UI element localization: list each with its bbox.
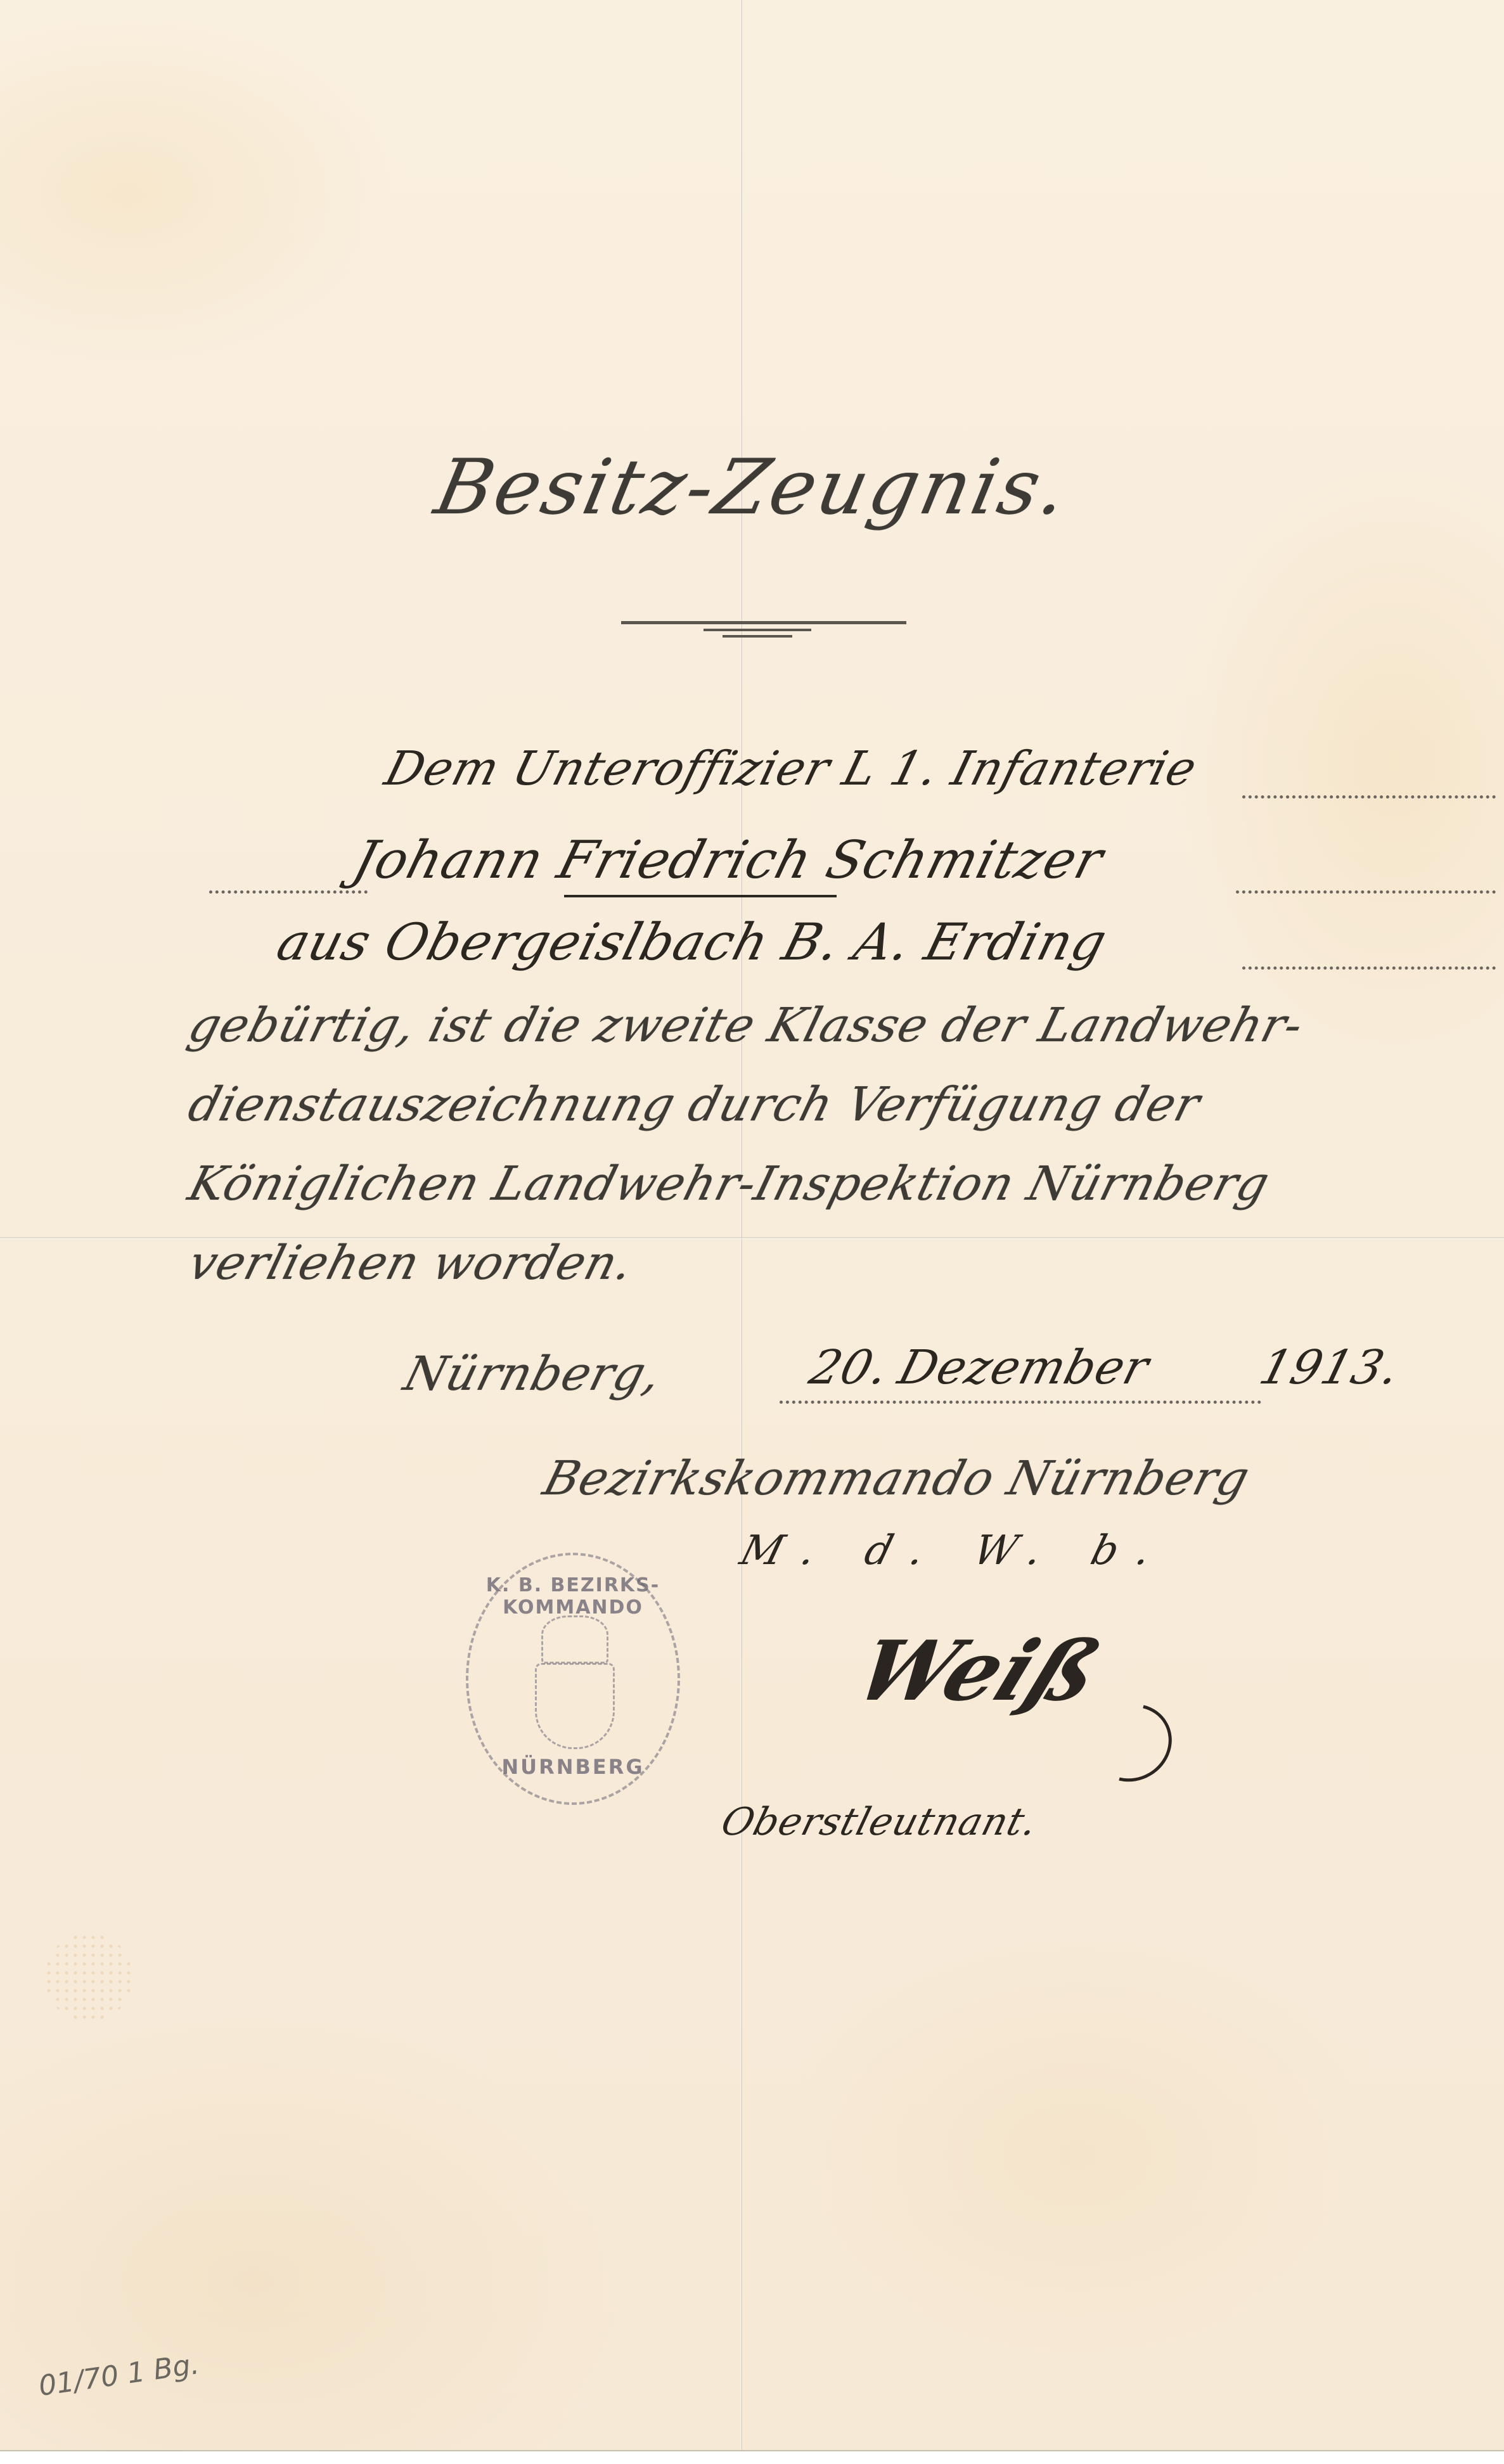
recipient-rank-line: Dem Unteroffizier L 1. Infanterie — [379, 741, 1202, 796]
seal-bottom-text: NÜRNBERG — [468, 1755, 678, 1779]
paper-background — [0, 0, 1504, 2464]
date-day: 20. — [804, 1340, 895, 1395]
dotted-fill-line — [780, 1401, 1261, 1404]
seal-top-text: K. B. BEZIRKS-KOMMANDO — [481, 1574, 665, 1619]
recipient-origin-line: aus Obergeislbach B. A. Erding — [271, 913, 1114, 972]
place: Nürnberg, — [398, 1347, 667, 1401]
official-seal-stamp: K. B. BEZIRKS-KOMMANDO NÜRNBERG — [466, 1553, 680, 1805]
dotted-fill-line — [1242, 966, 1496, 970]
ornament-line-2 — [704, 629, 811, 631]
vertical-fold-line — [740, 0, 742, 2464]
document-title: Besitz-Zeugnis. — [428, 444, 1077, 532]
issuer-abbreviation: M. d. W. b. — [735, 1527, 1175, 1574]
body-line-1: gebürtig, ist die zweite Klasse der Land… — [183, 998, 1309, 1053]
dotted-fill-line — [1242, 795, 1496, 799]
issuer: Bezirkskommando Nürnberg — [537, 1451, 1255, 1506]
paper-bottom-edge — [0, 2450, 1504, 2464]
foxing-stain — [44, 1933, 133, 2022]
body-line-3: Königlichen Landwehr-Inspektion Nürnberg — [183, 1157, 1275, 1211]
recipient-name-line: Johann Friedrich Schmitzer — [347, 830, 1109, 890]
date-year: 1913. — [1254, 1340, 1406, 1395]
body-line-4: verliehen worden. — [183, 1236, 639, 1290]
signatory-rank: Oberstleutnant. — [717, 1800, 1043, 1844]
name-underline — [564, 895, 837, 897]
ornament-line-1 — [621, 621, 906, 624]
body-line-2: dienstauszeichnung durch Verfügung der — [183, 1077, 1205, 1132]
ornament-line-3 — [723, 635, 792, 638]
signature: Weiß — [842, 1622, 1116, 1719]
crown-icon — [541, 1615, 608, 1664]
dotted-fill-line — [209, 890, 368, 894]
coat-of-arms-icon — [535, 1663, 615, 1749]
ornamental-rule — [621, 621, 906, 659]
dotted-fill-line — [1236, 890, 1496, 894]
date-month: Dezember — [892, 1340, 1155, 1395]
